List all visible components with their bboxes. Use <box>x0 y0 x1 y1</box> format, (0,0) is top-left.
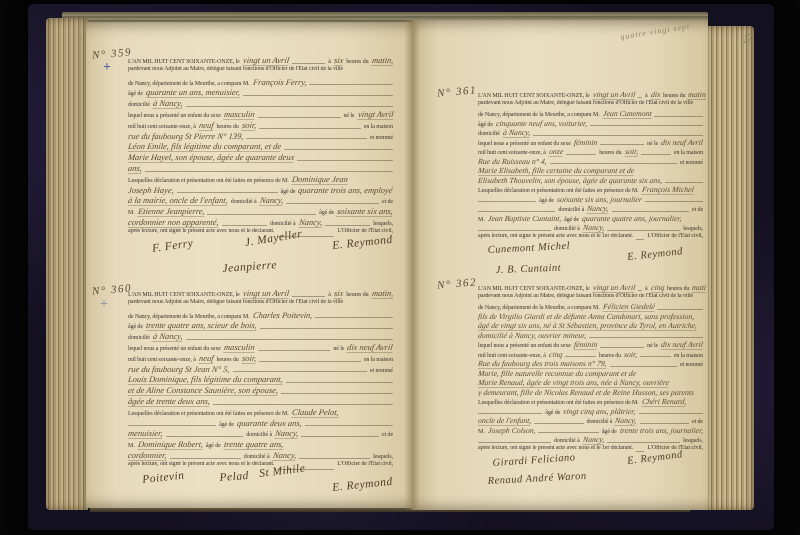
printed-form-text: L'Officier de l'État civil, <box>337 228 393 234</box>
handwritten-entry: vingt Avril <box>357 109 394 120</box>
printed-form-text: âgé de <box>319 210 334 216</box>
record-line: cordonnier non apparenté,domicilié àNanc… <box>128 217 396 228</box>
record-line: Marie Renaud, âgée de vingt trois ans, n… <box>478 378 706 388</box>
blank-rule <box>478 410 542 414</box>
blank-rule <box>292 293 325 297</box>
handwritten-entry: ans, <box>128 163 143 174</box>
printed-form-text: heures du <box>216 357 238 363</box>
record-line: de Nancy, département de la Meurthe, a c… <box>478 109 706 119</box>
blank-rule <box>213 401 393 405</box>
printed-form-text: M. <box>128 210 135 216</box>
printed-form-text: lesquels, <box>373 221 393 227</box>
printed-form-text: et nommé <box>370 368 393 374</box>
blank-rule <box>565 353 596 357</box>
record-line: Lesquelles déclaration et présentation o… <box>128 174 396 185</box>
handwritten-entry: Marie Renaud, âgée de vingt trois ans, n… <box>478 378 670 388</box>
record-line: menuisier,domicilié àNancy,et de <box>128 428 396 439</box>
printed-form-text: domicilié à <box>270 221 296 227</box>
printed-form-text: et de <box>692 419 703 425</box>
record-line: cordonnier,domicilié àNancy,lesquels, <box>128 450 396 461</box>
blank-rule <box>636 236 644 240</box>
record-line: Marie Elisabeth, fille certaine du compa… <box>478 166 706 176</box>
blank-rule <box>145 168 393 172</box>
handwritten-entry: cinquante neuf ans, voiturier, <box>495 119 587 129</box>
page-edges-right <box>704 26 754 510</box>
record-line: de Nancy, département de la Meurthe, a c… <box>128 77 396 88</box>
record-line: domicilié àNancy,lesquels, <box>478 435 706 445</box>
blank-rule <box>258 347 331 351</box>
blank-rule <box>612 208 689 212</box>
cross-mark-icon: + <box>100 297 108 313</box>
handwritten-entry: trente quatre ans, <box>223 439 284 450</box>
printed-form-text: Lesquelles déclaration et présentation o… <box>478 188 639 194</box>
handwritten-entry: Joseph Haye, <box>128 185 174 196</box>
printed-form-text: heures du <box>599 353 621 359</box>
printed-form-text: à <box>645 286 648 292</box>
blank-rule <box>166 433 244 437</box>
record-line: pardevant nous Adjoint au Maire, délégué… <box>478 293 706 303</box>
handwritten-entry: Nancy, <box>298 217 323 228</box>
printed-form-text: domicilié à <box>244 454 270 460</box>
birth-record-360: L'AN MIL HUIT CENT SOIXANTE-ONZE, leving… <box>128 288 396 510</box>
handwritten-entry: cordonnier non apparenté, <box>128 217 219 228</box>
printed-form-text: en la maison <box>364 124 393 130</box>
printed-form-text: de Nancy, département de la Meurthe, a c… <box>478 112 600 118</box>
blank-rule <box>566 151 596 155</box>
record-line: âgé dequarante un ans, menuisier, <box>128 87 396 98</box>
handwritten-entry: Nancy, <box>259 195 284 206</box>
blank-rule <box>315 314 393 318</box>
printed-form-text: âgé de <box>219 422 234 428</box>
record-line: domicilié à Nancy, ouvrier mineur, <box>478 331 706 341</box>
handwritten-entry: vingt cinq ans, plâtrier, <box>563 407 637 417</box>
handwritten-entry: Marie Elisabeth, fille certaine du compa… <box>478 166 635 176</box>
handwritten-entry: Charles Poitevin, <box>252 310 313 321</box>
printed-form-text: âgé de <box>128 91 143 97</box>
record-line: âgé detrente quatre ans, scieur de bois, <box>128 320 396 331</box>
record-line: M.Joseph Colson,âgé detrente trois ans, … <box>478 426 706 436</box>
record-line: M.Jean Baptiste Cuntaint,âgé dequarante … <box>478 214 706 224</box>
record-line: lequel nous a présenté un enfant du sexe… <box>128 342 396 353</box>
printed-form-text: domicilié <box>128 335 150 341</box>
handwritten-entry: domicilié à Nancy, ouvrier mineur, <box>478 331 587 341</box>
printed-form-text: de Nancy, département de la Meurthe, a c… <box>128 314 250 320</box>
record-line: rue du faubourg St Jean N° 5,et nommé <box>128 364 396 375</box>
handwritten-entry: vingt un Avril <box>592 283 636 293</box>
printed-form-text: à <box>645 93 648 99</box>
signature: Girardi Feliciano <box>492 452 576 469</box>
blank-rule <box>259 358 361 362</box>
handwritten-entry: à Nancy, <box>152 98 183 109</box>
record-line: mil huit cent soixante-onze, àneufheures… <box>128 353 396 364</box>
handwritten-entry: Claude Pelot, <box>291 407 339 418</box>
handwritten-entry: féminin <box>573 340 598 350</box>
printed-form-text: né le <box>344 113 355 119</box>
handwritten-entry: matin, <box>692 283 706 293</box>
record-line: Louis Dominique, fils légitime du compar… <box>128 374 396 385</box>
printed-form-text: heures du <box>216 124 238 130</box>
printed-form-text: né le <box>333 346 344 352</box>
blank-rule <box>533 132 703 136</box>
printed-form-text: âgé de <box>281 189 296 195</box>
handwritten-entry: Dominique Jean <box>291 174 348 185</box>
blank-rule <box>284 146 393 150</box>
blank-rule <box>186 336 393 340</box>
printed-form-text: âgé de <box>539 198 554 204</box>
record-line: Lesquelles déclaration et présentation o… <box>478 397 706 407</box>
printed-form-text: lequel nous a présenté un enfant du sexe <box>478 343 571 349</box>
blank-rule <box>478 439 551 443</box>
handwritten-entry: François Ferry, <box>252 77 307 88</box>
record-line: de Nancy, département de la Meurthe, a c… <box>128 310 396 321</box>
record-line: y demeurant, fille de Nicolas Renaud et … <box>478 388 706 398</box>
record-line: Léon Emile, fils légitime du comparant, … <box>128 141 396 152</box>
printed-form-text: M. <box>478 217 485 223</box>
record-line: fils de Virgilio Giardi et de défunte An… <box>478 312 706 322</box>
blank-rule <box>638 287 642 291</box>
blank-rule <box>299 455 370 459</box>
handwritten-entry: Marie Hayel, son épouse, âgée de quarant… <box>128 152 295 163</box>
record-line: à la mairie, oncle de l'enfant,domicilié… <box>128 195 396 206</box>
printed-form-text: lequel nous a présenté un enfant du sexe <box>128 346 221 352</box>
printed-form-text: né le <box>647 141 658 147</box>
printed-form-text: âgé de <box>128 324 143 330</box>
printed-form-text: âgé de <box>206 443 221 449</box>
printed-form-text: de Nancy, département de la Meurthe, a c… <box>478 305 600 311</box>
blank-rule <box>309 81 393 85</box>
printed-form-text: L'AN MIL HUIT CENT SOIXANTE-ONZE, le <box>128 59 240 65</box>
blank-rule <box>297 157 393 161</box>
handwritten-entry: féminin <box>573 138 598 148</box>
printed-form-text: lesquels, <box>373 454 393 460</box>
handwritten-entry: masculin <box>223 109 255 120</box>
blank-rule <box>478 198 536 202</box>
handwritten-entry: Dominique Robert, <box>137 439 204 450</box>
record-line: âgée de trente deux ans, <box>128 396 396 407</box>
printed-form-text: âgé de <box>564 217 579 223</box>
printed-form-text: Lesquelles déclaration et présentation o… <box>128 178 289 184</box>
handwritten-entry: rue du faubourg St Jean N° 5, <box>128 364 230 375</box>
signature: F. Ferry <box>151 237 194 255</box>
blank-rule <box>607 439 680 443</box>
cross-mark-icon: + <box>103 60 111 76</box>
handwritten-entry: dix <box>650 90 661 100</box>
record-line: pardevant nous Adjoint au Maire, délégué… <box>128 66 396 77</box>
handwritten-entry: six <box>333 55 344 66</box>
printed-form-text: et nommé <box>680 362 703 368</box>
blank-rule <box>640 353 671 357</box>
birth-record-359: L'AN MIL HUIT CENT SOIXANTE-ONZE, leving… <box>128 55 396 307</box>
record-line: rue du faubourg St Pierre N° 139,et nomm… <box>128 131 396 142</box>
printed-form-text: L'Officier de l'État civil, <box>337 461 393 467</box>
record-line: lequel nous a présenté un enfant du sexe… <box>478 340 706 350</box>
blank-rule <box>222 222 267 226</box>
handwritten-entry: rue du faubourg St Pierre N° 139, <box>128 131 244 142</box>
handwritten-entry: Nancy, <box>587 204 610 214</box>
blank-rule <box>243 92 393 96</box>
record-line: Rue du faubourg des trois maisons n° 79,… <box>478 359 706 369</box>
handwritten-entry: trente quatre ans, scieur de bois, <box>145 320 257 331</box>
handwritten-entry: Nancy, <box>582 223 605 233</box>
record-line: mil huit cent soixante-onze, àonzeheures… <box>478 147 706 157</box>
signature: Renaud André Waron <box>487 471 586 487</box>
record-line: âgé dequarante deux ans, <box>128 418 396 429</box>
record-line: L'AN MIL HUIT CENT SOIXANTE-ONZE, leving… <box>478 283 706 293</box>
handwritten-entry: y demeurant, fille de Nicolas Renaud et … <box>478 388 695 398</box>
handwritten-entry: Joseph Colson, <box>487 426 536 436</box>
printed-form-text: et nommé <box>370 135 393 141</box>
printed-form-text: et de <box>382 432 393 438</box>
handwritten-entry: onze <box>548 147 564 157</box>
blank-rule <box>186 103 393 107</box>
printed-form-text: L'Officier de l'État civil, <box>647 233 703 239</box>
record-line: domicilié àNancy,lesquels, <box>478 223 706 233</box>
record-line: et de Aline Constance Saunière, son épou… <box>128 385 396 396</box>
handwritten-entry: matin, <box>688 90 706 100</box>
blank-rule <box>534 420 583 424</box>
record-line: L'AN MIL HUIT CENT SOIXANTE-ONZE, leving… <box>128 55 396 66</box>
printed-form-text: domicilié à <box>231 199 257 205</box>
record-line: lequel nous a présenté un enfant du sexe… <box>128 109 396 120</box>
blank-rule <box>478 208 555 212</box>
printed-form-text: en la maison <box>674 150 703 156</box>
record-line: Joseph Haye,âgé dequarante trois ans, em… <box>128 185 396 196</box>
record-line: domiciliéà Nancy, <box>478 128 706 138</box>
printed-form-text: mil huit cent soixante-onze, à <box>128 124 196 130</box>
handwritten-entry: oncle de l'enfant, <box>478 416 532 426</box>
blank-rule <box>301 433 379 437</box>
printed-form-text: L'AN MIL HUIT CENT SOIXANTE-ONZE, le <box>478 93 590 99</box>
handwritten-entry: quarante deux ans, <box>236 418 302 429</box>
handwritten-entry: quarante quatre ans, journalier, <box>581 214 682 224</box>
blank-rule <box>550 160 677 164</box>
printed-form-text: en la maison <box>674 353 703 359</box>
record-line: domiciliéà Nancy, <box>128 331 396 342</box>
printed-form-text: pardevant nous Adjoint au Maire, délégué… <box>478 293 693 299</box>
book-gutter <box>404 20 420 510</box>
blank-rule <box>640 420 689 424</box>
record-line: lequel nous a présenté un enfant du sexe… <box>478 138 706 148</box>
birth-record-362: L'AN MIL HUIT CENT SOIXANTE-ONZE, leving… <box>478 283 706 510</box>
printed-form-text: M. <box>478 429 485 435</box>
printed-form-text: pardevant nous Adjoint au Maire, délégué… <box>128 299 343 305</box>
page-edges-left <box>46 18 88 510</box>
printed-form-text: après lecture, ont signé le présent acte… <box>128 228 274 234</box>
handwritten-entry: masculin <box>223 342 255 353</box>
handwritten-entry: soir, <box>624 147 638 157</box>
blank-rule <box>610 363 677 367</box>
record-line: Marie Hayel, son épouse, âgée de quarant… <box>128 152 396 163</box>
signature: Poitevin <box>142 470 185 486</box>
handwritten-entry: soir, <box>623 350 637 360</box>
handwritten-entry: cinq <box>650 283 665 293</box>
birth-record-361: L'AN MIL HUIT CENT SOIXANTE-ONZE, leving… <box>478 90 706 292</box>
printed-form-text: à <box>328 292 331 298</box>
record-line: domiciliéà Nancy, <box>128 98 396 109</box>
printed-form-text: après lecture, ont signé le présent acte… <box>128 461 274 467</box>
record-line: après lecture, ont signé le présent acte… <box>478 233 706 243</box>
blank-rule <box>286 200 379 204</box>
blank-rule <box>589 334 703 338</box>
printed-form-text: pardevant nous Adjoint au Maire, délégué… <box>478 100 693 106</box>
blank-rule <box>170 455 241 459</box>
blank-rule <box>636 448 644 452</box>
blank-rule <box>590 122 703 126</box>
handwritten-entry: vingt un Avril <box>592 90 636 100</box>
printed-form-text: heures du <box>346 292 368 298</box>
printed-form-text: L'AN MIL HUIT CENT SOIXANTE-ONZE, le <box>128 292 240 298</box>
record-line: âgé desoixante six ans, journalier <box>478 195 706 205</box>
printed-form-text: âgé de <box>478 122 493 128</box>
record-line: Marie, fille naturelle reconnue du compa… <box>478 369 706 379</box>
handwritten-entry: soir, <box>241 120 257 131</box>
record-line: Elisabeth Thouvelin, son épouse, âgée de… <box>478 176 706 186</box>
blank-rule <box>600 344 644 348</box>
signature: Pelad <box>219 470 249 484</box>
handwritten-entry: âgé de vingt six ans, né à St Sébastien,… <box>478 321 698 331</box>
signature: Jeanpierre <box>222 259 277 275</box>
blank-rule <box>286 379 393 383</box>
record-line: domicilié àNancy,et de <box>478 204 706 214</box>
record-line: ans, <box>128 163 396 174</box>
signature: Cunemont Michel <box>487 241 570 256</box>
handwritten-entry: quarante un ans, menuisier, <box>145 87 241 98</box>
printed-form-text: L'AN MIL HUIT CENT SOIXANTE-ONZE, le <box>478 286 590 292</box>
handwritten-entry: âgée de trente deux ans, <box>128 396 211 407</box>
printed-form-text: heures du <box>346 59 368 65</box>
handwritten-entry: Nancy, <box>582 435 605 445</box>
record-line: M.Dominique Robert,âgé detrente quatre a… <box>128 439 396 450</box>
handwritten-entry: quarante trois ans, employé <box>298 185 394 196</box>
handwritten-entry: soir, <box>241 353 257 364</box>
blank-rule <box>128 422 216 426</box>
handwritten-entry: vingt un Avril <box>242 288 289 299</box>
record-line: Lesquelles déclaration et présentation o… <box>128 407 396 418</box>
handwritten-entry: Nancy, <box>615 416 638 426</box>
signature: E. Reymond <box>627 246 684 263</box>
blank-rule <box>177 189 278 193</box>
handwritten-entry: Rue du faubourg des trois maisons n° 79, <box>478 359 607 369</box>
printed-form-text: lequel nous a présenté un enfant du sexe <box>128 113 221 119</box>
handwritten-entry: Elisabeth Thouvelin, son épouse, âgée de… <box>478 176 663 186</box>
handwritten-entry: neuf <box>198 353 214 364</box>
blank-rule <box>292 60 325 64</box>
handwritten-entry: soixante six ans, <box>336 206 393 217</box>
handwritten-entry: six <box>333 288 344 299</box>
signature: E. Reymond <box>332 476 394 494</box>
record-line: mil huit cent soixante-onze, àcinqheures… <box>478 350 706 360</box>
blank-rule <box>325 222 370 226</box>
printed-form-text: âgé de <box>545 410 560 416</box>
printed-form-text: mil huit cent soixante-onze, à <box>478 150 546 156</box>
printed-form-text: heures du <box>599 150 621 156</box>
handwritten-entry: à la mairie, oncle de l'enfant, <box>128 195 228 206</box>
blank-rule <box>654 113 703 117</box>
blank-rule <box>478 227 551 231</box>
handwritten-entry: neuf <box>198 120 214 131</box>
printed-form-text: domicilié à <box>246 432 272 438</box>
blank-rule <box>233 368 367 372</box>
handwritten-entry: Louis Dominique, fils légitime du compar… <box>128 374 283 385</box>
record-line: mil huit cent soixante-onze, àneufheures… <box>128 120 396 131</box>
record-line: âgé devingt cinq ans, plâtrier, <box>478 407 706 417</box>
handwritten-entry: menuisier, <box>128 428 163 439</box>
printed-form-text: et de <box>382 199 393 205</box>
printed-form-text: Lesquelles déclaration et présentation o… <box>478 400 639 406</box>
handwritten-entry: Léon Emile, fils légitime du comparant, … <box>128 141 282 152</box>
record-line: de Nancy, département de la Meurthe, a c… <box>478 302 706 312</box>
printed-form-text: domicilié à <box>554 226 580 232</box>
printed-form-text: et de <box>692 207 703 213</box>
record-line: L'AN MIL HUIT CENT SOIXANTE-ONZE, leving… <box>128 288 396 299</box>
record-line: âgé de vingt six ans, né à St Sébastien,… <box>478 321 706 331</box>
printed-form-text: à <box>328 59 331 65</box>
printed-form-text: M. <box>128 443 135 449</box>
record-line: Lesquelles déclaration et présentation o… <box>478 185 706 195</box>
blank-rule <box>538 429 599 433</box>
handwritten-entry: Nancy, <box>272 450 297 461</box>
handwritten-entry: dix neuf Avril <box>347 342 394 353</box>
printed-form-text: âgé de <box>602 429 617 435</box>
handwritten-entry: fils de Virgilio Giardi et de défunte An… <box>478 312 695 322</box>
printed-form-text: né le <box>647 343 658 349</box>
blank-rule <box>638 94 642 98</box>
record-line: Rue du Ruisseau n° 4,et nommé <box>478 157 706 167</box>
handwritten-entry: Etienne Jeanpierre, <box>137 206 205 217</box>
handwritten-entry: Jean Cunemont <box>602 109 652 119</box>
blank-rule <box>281 390 393 394</box>
printed-form-text: après lecture, ont signé le présent acte… <box>478 445 633 451</box>
registry-book-photo: N° 359 + N° 360 + N° 361 N° 362 quatre v… <box>0 0 800 535</box>
handwritten-entry: Nancy, <box>274 428 299 439</box>
handwritten-entry: Félicien Giedelé <box>602 302 655 312</box>
printed-form-text: lesquels, <box>683 226 703 232</box>
handwritten-entry: Jean Baptiste Cuntaint, <box>487 214 562 224</box>
printed-form-text: après lecture, ont signé le présent acte… <box>478 233 633 239</box>
handwritten-entry: Marie, fille naturelle reconnue du compa… <box>478 369 637 379</box>
blank-rule <box>259 125 361 129</box>
handwritten-entry: Rue du Ruisseau n° 4, <box>478 157 547 167</box>
handwritten-entry: dix neuf Avril <box>661 138 704 148</box>
record-line: âgé decinquante neuf ans, voiturier, <box>478 119 706 129</box>
printed-form-text: en la maison <box>364 357 393 363</box>
record-line: L'AN MIL HUIT CENT SOIXANTE-ONZE, leving… <box>478 90 706 100</box>
record-line: pardevant nous Adjoint au Maire, délégué… <box>478 100 706 110</box>
printed-form-text: pardevant nous Adjoint au Maire, délégué… <box>128 66 343 72</box>
printed-form-text: mil huit cent soixante-onze, à <box>128 357 196 363</box>
printed-form-text: domicilié <box>478 131 500 137</box>
blank-rule <box>657 306 703 310</box>
handwritten-entry: Chéri Renard, <box>641 397 687 407</box>
handwritten-entry: cordonnier, <box>128 450 167 461</box>
handwritten-entry: matin, <box>371 55 394 66</box>
printed-form-text: heures du <box>663 93 685 99</box>
blank-rule <box>258 114 341 118</box>
printed-form-text: mil huit cent soixante-onze, à <box>478 353 546 359</box>
blank-rule <box>305 422 393 426</box>
handwritten-entry: et de Aline Constance Saunière, son épou… <box>128 385 279 396</box>
blank-rule <box>600 141 644 145</box>
printed-form-text: lesquels, <box>683 438 703 444</box>
handwritten-entry: soixante six ans, journalier <box>556 195 642 205</box>
blank-rule <box>665 179 703 183</box>
printed-form-text: et nommé <box>680 160 703 166</box>
handwritten-entry: matin, <box>371 288 394 299</box>
blank-rule <box>641 151 671 155</box>
printed-form-text: domicilié à <box>554 438 580 444</box>
printed-form-text: Lesquelles déclaration et présentation o… <box>128 411 289 417</box>
handwritten-entry: dix neuf Avril <box>661 340 704 350</box>
